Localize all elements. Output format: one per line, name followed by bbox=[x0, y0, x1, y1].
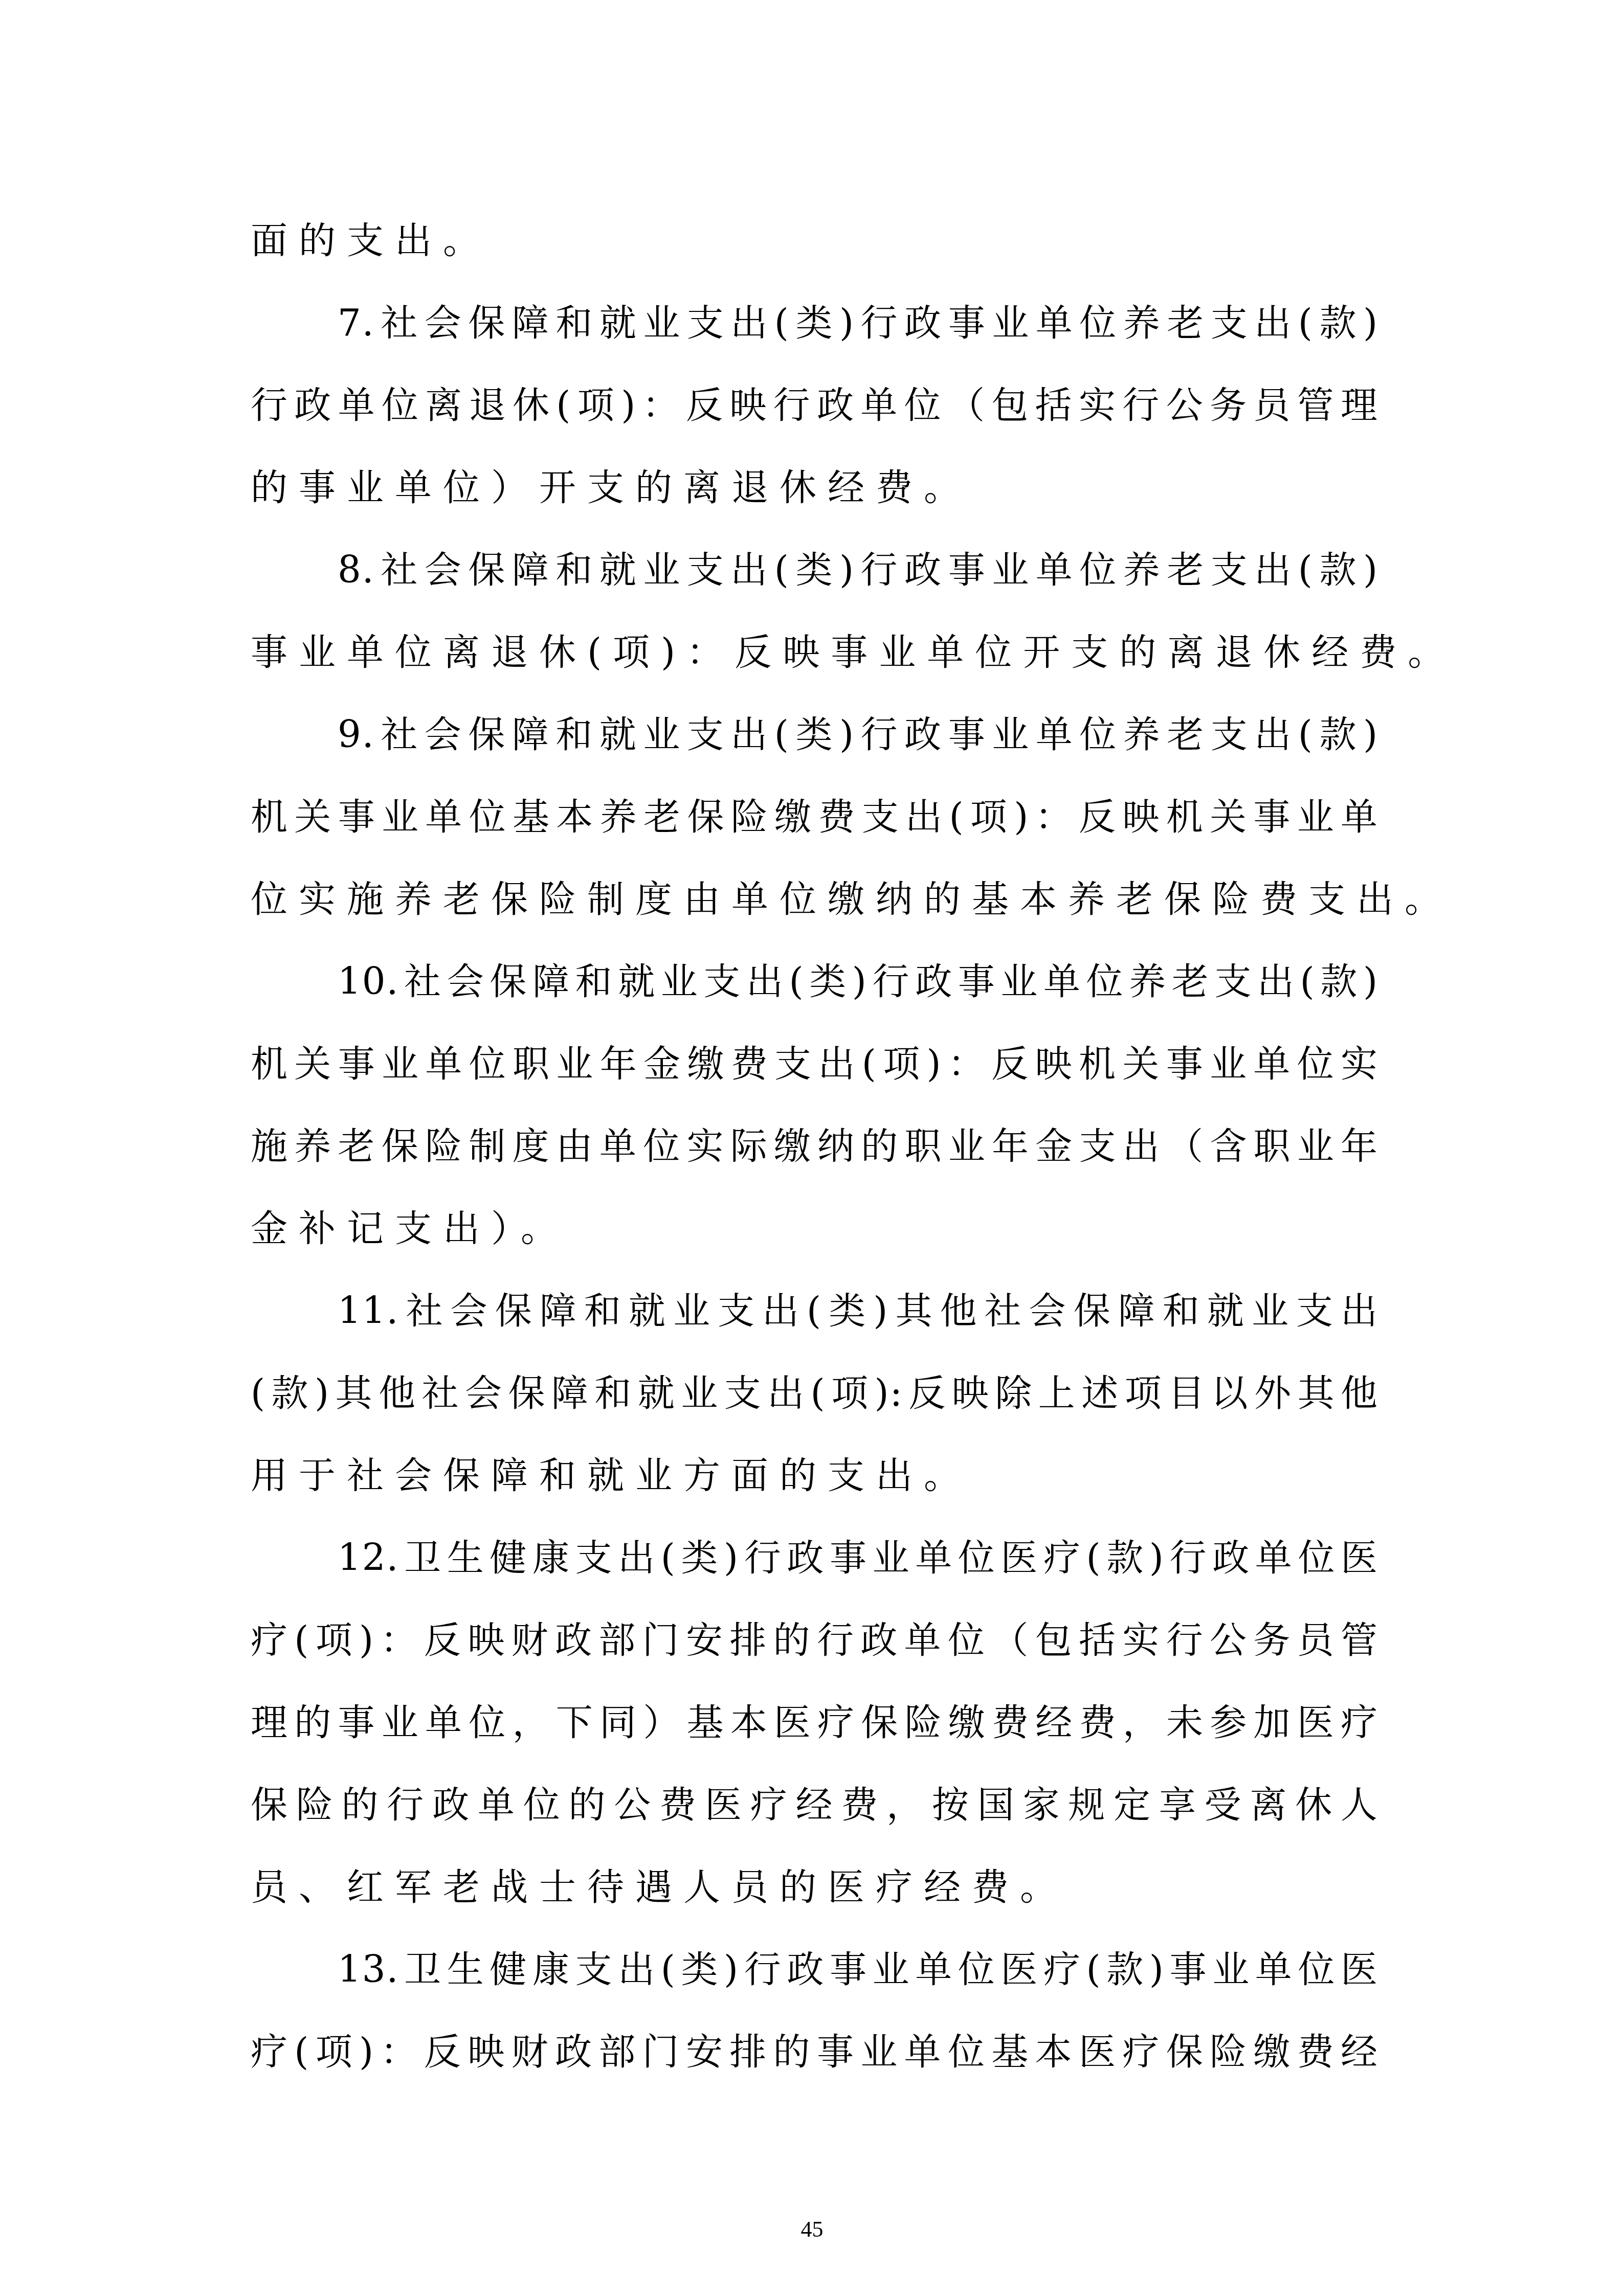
text-line: 疗(项)：反映财政部门安排的行政单位（包括实行公务员管 bbox=[251, 1617, 1378, 1699]
text-line: 7.社会保障和就业支出(类)行政事业单位养老支出(款) bbox=[251, 300, 1378, 382]
text-line: 10.社会保障和就业支出(类)行政事业单位养老支出(款) bbox=[251, 958, 1378, 1041]
text-line: 13.卫生健康支出(类)行政事业单位医疗(款)事业单位医 bbox=[251, 1946, 1378, 2029]
text-line: 金补记支出）。 bbox=[251, 1205, 1378, 1288]
paragraph-6-tail: 面的支出。 bbox=[251, 217, 1378, 300]
body-text: 面的支出。 7.社会保障和就业支出(类)行政事业单位养老支出(款) 行政单位离退… bbox=[251, 217, 1378, 2111]
text-line: 行政单位离退休(项)：反映行政单位（包括实行公务员管理 bbox=[251, 382, 1378, 464]
page-number: 45 bbox=[0, 2214, 1624, 2245]
paragraph-7: 7.社会保障和就业支出(类)行政事业单位养老支出(款) 行政单位离退休(项)：反… bbox=[251, 300, 1378, 547]
text-line: 的事业单位）开支的离退休经费。 bbox=[251, 464, 1378, 547]
text-line: 9.社会保障和就业支出(类)行政事业单位养老支出(款) bbox=[251, 711, 1378, 794]
paragraph-9: 9.社会保障和就业支出(类)行政事业单位养老支出(款) 机关事业单位基本养老保险… bbox=[251, 711, 1378, 958]
document-page: 面的支出。 7.社会保障和就业支出(类)行政事业单位养老支出(款) 行政单位离退… bbox=[0, 0, 1624, 2296]
text-line: 事业单位离退休(项)：反映事业单位开支的离退休经费。 bbox=[251, 629, 1378, 711]
text-line: 用于社会保障和就业方面的支出。 bbox=[251, 1452, 1378, 1535]
paragraph-13: 13.卫生健康支出(类)行政事业单位医疗(款)事业单位医 疗(项)：反映财政部门… bbox=[251, 1946, 1378, 2111]
text-line: 机关事业单位职业年金缴费支出(项)：反映机关事业单位实 bbox=[251, 1041, 1378, 1123]
text-line: 理的事业单位，下同）基本医疗保险缴费经费，未参加医疗 bbox=[251, 1699, 1378, 1782]
paragraph-12: 12.卫生健康支出(类)行政事业单位医疗(款)行政单位医 疗(项)：反映财政部门… bbox=[251, 1535, 1378, 1946]
text-line: 11.社会保障和就业支出(类)其他社会保障和就业支出 bbox=[251, 1288, 1378, 1370]
text-line: 施养老保险制度由单位实际缴纳的职业年金支出（含职业年 bbox=[251, 1123, 1378, 1205]
text-line: (款)其他社会保障和就业支出(项):反映除上述项目以外其他 bbox=[251, 1370, 1378, 1452]
text-line: 位实施养老保险制度由单位缴纳的基本养老保险费支出。 bbox=[251, 876, 1378, 958]
text-line: 面的支出。 bbox=[251, 217, 1378, 300]
text-line: 保险的行政单位的公费医疗经费，按国家规定享受离休人 bbox=[251, 1782, 1378, 1864]
text-line: 疗(项)：反映财政部门安排的事业单位基本医疗保险缴费经 bbox=[251, 2029, 1378, 2111]
paragraph-8: 8.社会保障和就业支出(类)行政事业单位养老支出(款) 事业单位离退休(项)：反… bbox=[251, 547, 1378, 711]
text-line: 8.社会保障和就业支出(类)行政事业单位养老支出(款) bbox=[251, 547, 1378, 629]
text-line: 12.卫生健康支出(类)行政事业单位医疗(款)行政单位医 bbox=[251, 1535, 1378, 1617]
text-line: 员、红军老战士待遇人员的医疗经费。 bbox=[251, 1864, 1378, 1946]
paragraph-11: 11.社会保障和就业支出(类)其他社会保障和就业支出 (款)其他社会保障和就业支… bbox=[251, 1288, 1378, 1535]
paragraph-10: 10.社会保障和就业支出(类)行政事业单位养老支出(款) 机关事业单位职业年金缴… bbox=[251, 958, 1378, 1288]
text-line: 机关事业单位基本养老保险缴费支出(项)：反映机关事业单 bbox=[251, 794, 1378, 876]
